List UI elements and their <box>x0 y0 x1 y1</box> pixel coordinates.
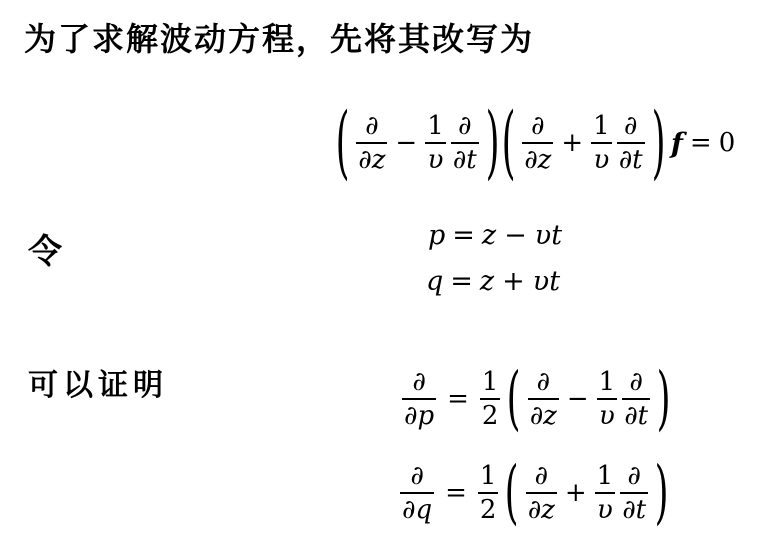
fraction-d-dq: ∂ ∂q <box>400 463 434 523</box>
denominator: 2 <box>478 497 499 523</box>
fraction-bar <box>478 492 499 494</box>
fraction-bar <box>620 492 648 494</box>
fraction-bar <box>526 492 557 494</box>
can-prove-label: 可以证明 <box>28 360 168 404</box>
intro-text: 为了求解波动方程，先将其改写为 <box>24 14 534 60</box>
term-vt: υt <box>535 220 562 251</box>
fraction-bar <box>528 398 559 400</box>
denominator: ∂t <box>622 403 650 429</box>
fraction-1-v: 1 υ <box>591 113 612 173</box>
first-factor: ( ∂ ∂z − 1 υ ∂ ∂t ) <box>336 113 499 173</box>
term-vt: υt <box>533 266 560 297</box>
minus-operator: − <box>394 128 418 158</box>
substitution-q-equation: q = z + υt <box>426 266 560 297</box>
equals-sign: = <box>686 128 716 158</box>
function-f: f <box>671 127 683 160</box>
second-factor: ( ∂ ∂z + 1 υ ∂ ∂t ) <box>502 113 665 173</box>
denominator: υ <box>426 147 446 173</box>
denominator: ∂t <box>451 147 479 173</box>
numerator: 1 <box>425 113 446 139</box>
equals-sign: = <box>443 384 473 414</box>
fraction-1-v: 1 υ <box>425 113 446 173</box>
derivative-dp-equation: ∂ ∂p = 1 2 ( ∂ ∂z − 1 υ ∂ ∂t ) <box>402 356 670 442</box>
numerator: ∂ <box>408 463 425 489</box>
left-paren: ( <box>507 364 521 434</box>
variable-q: q <box>426 266 443 297</box>
denominator: υ <box>595 497 615 523</box>
fraction-1-2: 1 2 <box>478 463 499 523</box>
left-paren: ( <box>336 103 350 183</box>
fraction-bar <box>402 398 436 400</box>
denominator: υ <box>592 147 612 173</box>
fraction-d-dt: ∂ ∂t <box>617 113 645 173</box>
minus-operator: − <box>566 384 590 414</box>
velocity-term: 1 υ ∂ ∂t <box>597 369 650 429</box>
right-paren: ) <box>657 364 671 434</box>
denominator: ∂z <box>356 147 387 173</box>
denominator: υ <box>597 403 617 429</box>
fraction-1-v: 1 υ <box>595 463 616 523</box>
right-paren: ) <box>485 103 499 183</box>
left-paren: ( <box>502 103 516 183</box>
fraction-bar <box>617 142 645 144</box>
denominator: ∂p <box>402 403 436 429</box>
fraction-d-dt: ∂ ∂t <box>451 113 479 173</box>
parenthesized-operator: ( ∂ ∂z − 1 υ ∂ ∂t ) <box>507 369 670 429</box>
denominator: ∂z <box>528 403 559 429</box>
fraction-bar <box>400 492 434 494</box>
equals-sign: = <box>452 220 475 251</box>
fraction-bar <box>451 142 479 144</box>
fraction-d-dz: ∂ ∂z <box>526 463 557 523</box>
minus-operator: − <box>503 220 528 251</box>
numerator: ∂ <box>529 113 546 139</box>
let-label: 令 <box>28 224 62 273</box>
variable-z: z <box>480 266 494 297</box>
fraction-d-dz: ∂ ∂z <box>522 113 553 173</box>
velocity-term: 1 υ ∂ ∂t <box>425 113 478 173</box>
plus-operator: + <box>560 128 584 158</box>
numerator: ∂ <box>535 369 552 395</box>
denominator: ∂q <box>400 497 434 523</box>
denominator: ∂z <box>526 497 557 523</box>
numerator: 1 <box>591 113 612 139</box>
fraction-bar <box>622 398 650 400</box>
left-paren: ( <box>505 458 519 528</box>
fraction-1-v: 1 υ <box>597 369 618 429</box>
numerator: 1 <box>597 369 618 395</box>
numerator: ∂ <box>625 463 642 489</box>
fraction-d-dt: ∂ ∂t <box>622 369 650 429</box>
fraction-bar <box>480 398 501 400</box>
variable-z: z <box>482 220 496 251</box>
variable-p: p <box>428 220 445 251</box>
fraction-1-2: 1 2 <box>480 369 501 429</box>
fraction-d-dz: ∂ ∂z <box>356 113 387 173</box>
fraction-bar <box>425 142 446 144</box>
substitution-p-equation: p = z − υt <box>428 220 562 251</box>
fraction-d-dt: ∂ ∂t <box>620 463 648 523</box>
numerator: ∂ <box>627 369 644 395</box>
fraction-d-dp: ∂ ∂p <box>402 369 436 429</box>
fraction-bar <box>597 398 618 400</box>
parenthesized-operator: ( ∂ ∂z + 1 υ ∂ ∂t ) <box>505 463 668 523</box>
right-paren: ) <box>655 458 669 528</box>
numerator: 1 <box>480 369 501 395</box>
fraction-d-dz: ∂ ∂z <box>528 369 559 429</box>
velocity-term: 1 υ ∂ ∂t <box>591 113 644 173</box>
factored-wave-equation: ( ∂ ∂z − 1 υ ∂ ∂t ) ( ∂ ∂z + <box>336 94 735 192</box>
fraction-bar <box>595 492 616 494</box>
zero-value: 0 <box>719 128 736 158</box>
right-paren: ) <box>651 103 665 183</box>
equals-sign: = <box>441 478 471 508</box>
numerator: ∂ <box>456 113 473 139</box>
numerator: 1 <box>478 463 499 489</box>
denominator: ∂t <box>620 497 648 523</box>
denominator: ∂z <box>522 147 553 173</box>
equals-sign: = <box>450 266 473 297</box>
fraction-bar <box>591 142 612 144</box>
velocity-term: 1 υ ∂ ∂t <box>595 463 648 523</box>
numerator: 1 <box>595 463 616 489</box>
fraction-bar <box>522 142 553 144</box>
numerator: ∂ <box>533 463 550 489</box>
derivative-dq-equation: ∂ ∂q = 1 2 ( ∂ ∂z + 1 υ ∂ ∂t ) <box>400 450 668 536</box>
fraction-bar <box>356 142 387 144</box>
numerator: ∂ <box>363 113 380 139</box>
denominator: ∂t <box>617 147 645 173</box>
numerator: ∂ <box>622 113 639 139</box>
plus-operator: + <box>564 478 588 508</box>
plus-operator: + <box>501 266 526 297</box>
numerator: ∂ <box>410 369 427 395</box>
denominator: 2 <box>480 403 501 429</box>
